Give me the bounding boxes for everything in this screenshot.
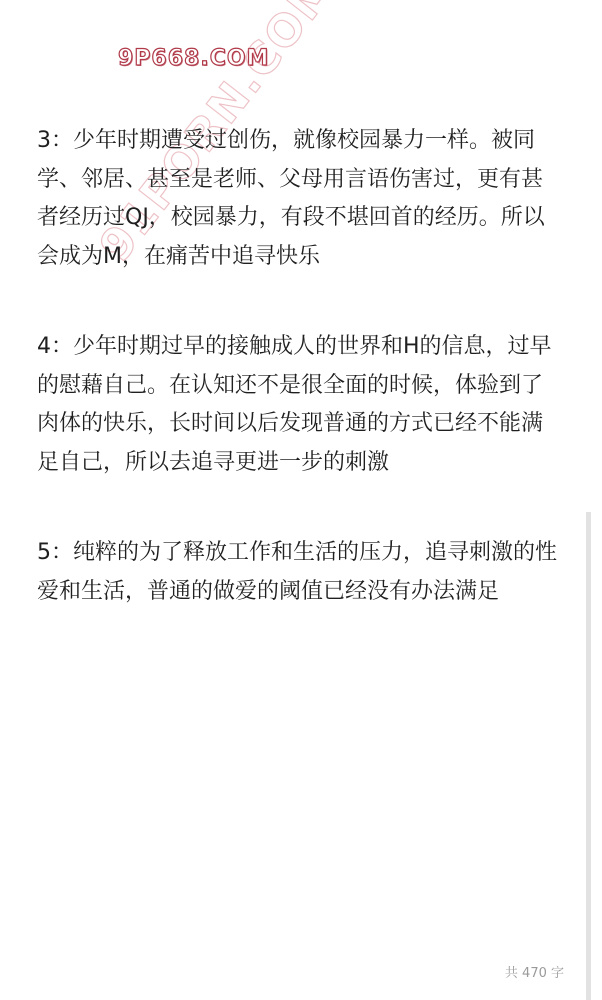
- paragraph-5: 5：纯粹的为了释放工作和生活的压力，追寻刺激的性爱和生活，普通的做爱的阈值已经没…: [37, 534, 557, 611]
- word-count-label: 共 470 字: [505, 962, 564, 981]
- vertical-scrollbar[interactable]: [586, 512, 591, 1000]
- paragraph-3: 3：少年时期遭受过创伤，就像校园暴力一样。被同学、邻居、甚至是老师、父母用言语伤…: [37, 122, 557, 276]
- article-body: 3：少年时期遭受过创伤，就像校园暴力一样。被同学、邻居、甚至是老师、父母用言语伤…: [37, 122, 557, 663]
- paragraph-4: 4：少年时期过早的接触成人的世界和H的信息，过早的慰藉自己。在认知还不是很全面的…: [37, 328, 557, 482]
- watermark-top: 9P668.COM: [118, 46, 269, 71]
